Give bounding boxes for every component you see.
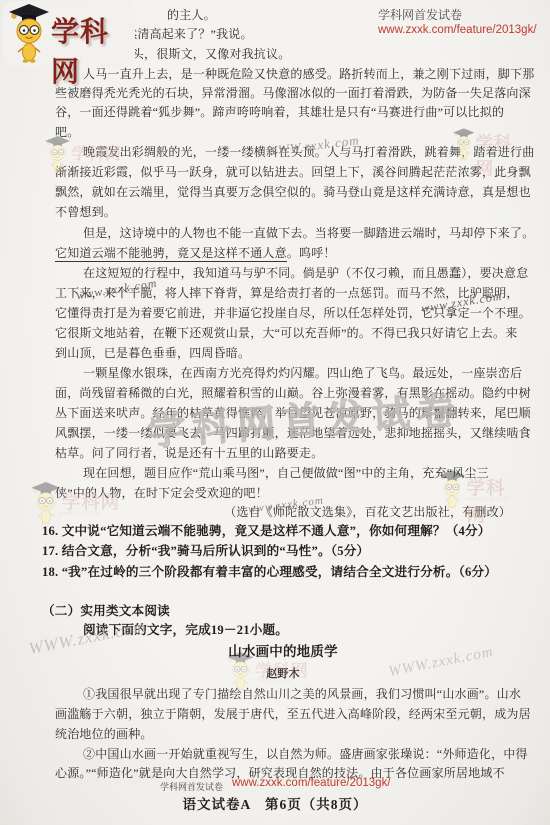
- text-line: 但是，这诗境中的人物也不能一直做下去。当将要一脚踏进云端时，马却停下来了。: [83, 226, 534, 241]
- text-line: 赵野木: [55, 667, 511, 682]
- text-line: 不曾想到。: [55, 205, 116, 220]
- header-url-text: www.zxxk.com/feature/2013gk/: [378, 23, 537, 38]
- text-line: 面，尚残留着稀微的白光，照耀着积雪的山巅。谷上弥漫着雾，有黑影在摇动。隐约中树: [55, 386, 531, 401]
- text-line: 它懂得责打是为着要它前进，并非逼它投崖自尽，所以任怎样处罚，它只拿定一个不理。: [55, 306, 531, 321]
- text-line: 一颗星像水银珠，在西南方光亮得灼灼闪耀。四山绝了飞鸟。最远处，一座崇峦后: [83, 366, 522, 381]
- footer-url-text: www.zxxk.com/feature/2013gk/: [232, 777, 391, 789]
- header-stamp-text: 学科网首发试卷: [378, 8, 537, 23]
- header-right: 学科网首发试卷 www.zxxk.com/feature/2013gk/: [378, 8, 537, 38]
- text-line: 风飘摆，一缕一缕似要飞去。马四蹄打颤，迷茫地望着远处，悲抑地摇摇头，又继续啮食: [55, 426, 531, 441]
- text-line: 山水画中的地质学: [55, 644, 511, 659]
- footer-stamp-text: 学科网首发试卷: [160, 780, 223, 793]
- text-line: 阅读下面的文字，完成19－21小题。: [83, 623, 288, 638]
- text-line: 17. 结合文意，分析“我”骑马后所认识到的“马性”。（5分）: [42, 544, 369, 559]
- text-line: 到山顶，已是暮色垂垂，四周昏暗。: [55, 346, 250, 361]
- text-line: 人马一直升上去，是一种既危险又快意的感受。路折转而上，兼之刚下过雨，脚下那: [83, 67, 534, 82]
- text-line: 飘然，就如在云端里，觉得当真要万念俱空似的。骑马登山竟是这样充满诗意，真是想也: [55, 185, 531, 200]
- zxxk-logo: 学科网: [3, 1, 135, 67]
- text-line: 18. “我”在过岭的三个阶段都有着丰富的心理感受，请结合全文进行分析。（6分）: [42, 565, 497, 580]
- text-line: 的主人。: [167, 8, 216, 23]
- text-line: （二）实用类文本阅读: [42, 604, 170, 619]
- text-line: 工下来，来个干脆，将人摔下脊背，算是给责打者的一点惩罚。而马不然，比驴聪明，: [55, 286, 519, 301]
- text-line: 丛下面送来吠声。经年的枯草黄得憔悴，举目望见苍凉原野，骑马的鬃鬣翻转来，尾巴顺: [55, 406, 531, 421]
- text-line: 晚霞发出彩绸般的光，一缕一缕横斜在头顶。人与马打着滑跌，跳着舞，踏着进行曲: [83, 145, 534, 160]
- text-line: （选自《师陀散文选集》，百花文艺出版社，有删改）: [55, 505, 511, 520]
- logo-text: 学科网: [51, 10, 135, 90]
- text-line: ①我国很早就出现了专门描绘自然山川之美的风景画，我们习惯叫“山水画”。山水: [83, 687, 521, 702]
- underlined-text: 它知道云端不能驰骋，竟又是这样不通人意: [55, 246, 287, 262]
- text-line: 画滥觞于六朝，独立于隋朝，发展于唐代，至五代进入高峰阶段，经两宋至元朝，成为居: [55, 707, 531, 722]
- text-line: 谷，一面还得跳着“狐步舞”。蹄声咵咵响着，其雄壮是只有“马赛进行曲”可以比拟的: [55, 105, 504, 120]
- text-line: 它很斯文地站着，在鞭下还观赏山景，大“可以充吾师”的。不得已我只好请它上去。来: [55, 326, 517, 341]
- exam-page-scan: 学科网 学科网首发试卷 www.zxxk.com/feature/2013gk/…: [0, 0, 550, 825]
- text-line: 吧。: [55, 125, 79, 140]
- graduate-mascot-icon: [7, 4, 51, 64]
- footer-page-number: 语文试卷A 第6页（共8页）: [0, 793, 550, 813]
- text-line: 枯草。问了同行者，说是还有十五里的山路要走。: [55, 446, 323, 461]
- text-line: ②中国山水画一开始就重视写生，以自然为师。盛唐画家张璪说：“外师造化，中得: [83, 747, 528, 762]
- text-line: 16. 文中说“它知道云端不能驰骋，竟又是这样不通人意”，你如何理解？（4分）: [42, 524, 491, 539]
- text-line: 它知道云端不能驰骋，竟又是这样不通人意。呜呼！: [55, 246, 336, 261]
- text-line: 渐渐接近彩霞，似乎马一跃身，就可以钻进去。回望上下，溪谷间腾起茫茫浓雾，此身飘: [55, 165, 531, 180]
- text-line: 在这短短的行程中，我知道马与驴不同。倘是驴（不仅刁赖，而且愚蠢），要决意怠: [83, 266, 528, 281]
- text-line: 现在回想，题目应作“荒山乘马图”，自己便做做“图”中的主角，充充“风尘三: [83, 466, 489, 481]
- text-lines: 的主人。“怎么忽然清高起来了？”我说。马摆了摆头，很斯文，又像对我抗议。人马一直…: [0, 0, 550, 825]
- text-line: 统治地位的画种。: [55, 727, 153, 742]
- text-line: 侠”中的人物，在时下定会受欢迎的吧！: [55, 486, 268, 501]
